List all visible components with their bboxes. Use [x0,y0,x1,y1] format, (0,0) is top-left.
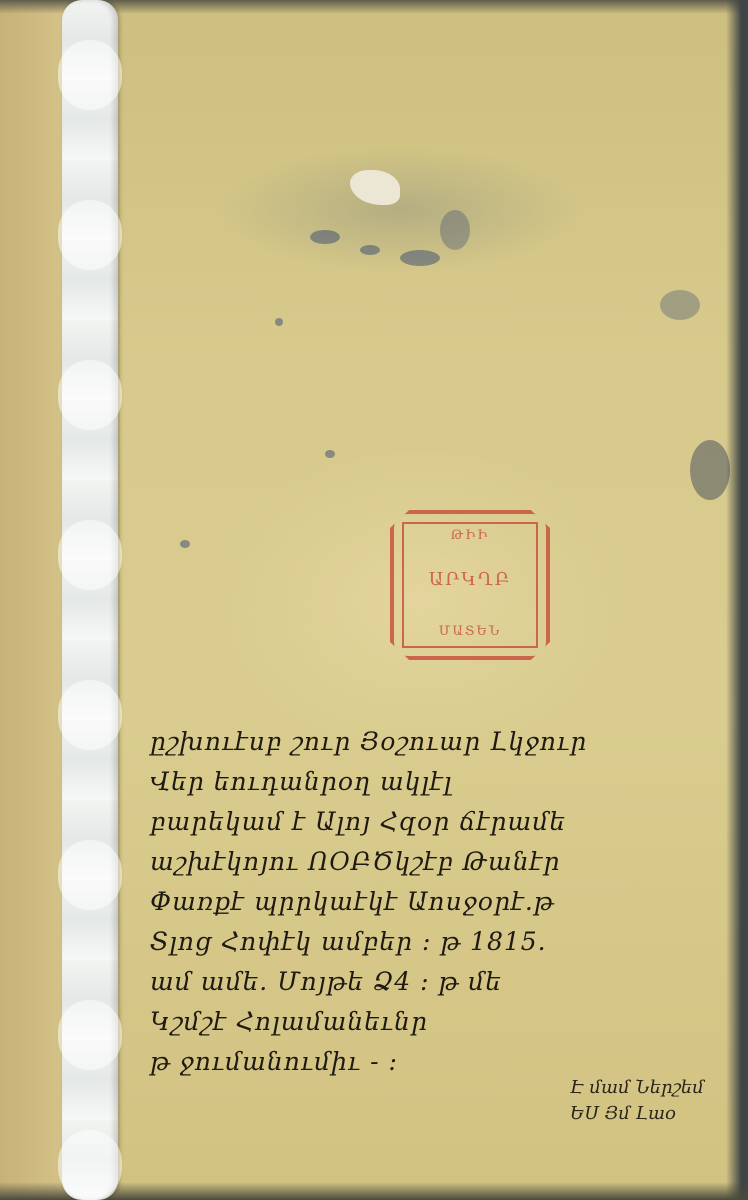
ribbon-bookmark [62,0,118,1200]
colophon-line: բարեկամ է Ալոյ Հզօր ճէրամե [150,802,740,842]
ink-stain [325,450,335,458]
margin-note-line: Է մամ Ներշեմ [570,1075,704,1101]
ink-stain [360,245,380,255]
margin-note-line: ԵՍ Յմ Լաօ [570,1101,704,1127]
ink-stain [660,290,700,320]
colophon-line: ամ ամե. Մոյթե Ձ4 : թ մե [150,962,740,1002]
colophon-line: աշխէկոյու ՈՕԲԾկշէբ Թանէր [150,842,740,882]
paper-tear [350,170,400,205]
colophon-line: Վեր եուդանրօղ ակլէլ [150,762,740,802]
ink-stain [690,440,730,500]
ink-stain [400,250,440,266]
ink-stain [275,318,283,326]
manuscript-page: ԹԻԻ ԱՐԿՂԲ ՄԱՏԵՆ ըշխուէսբ շուր Յօշուար Լկ… [0,0,748,1200]
seal-top-row: ԹԻԻ [404,528,536,543]
colophon-line: Կշմշէ Հոլամանեւնր [150,1002,740,1042]
ink-stain [310,230,340,244]
colophon-line: Փառքէ պրրկաէկէ Աոսջօրէ.թ [150,882,740,922]
handwritten-colophon: ըշխուէսբ շուր Յօշուար Լկջուր Վեր եուդանր… [150,722,740,1082]
red-seal-stamp: ԹԻԻ ԱՐԿՂԲ ՄԱՏԵՆ [390,510,550,660]
ink-stain [180,540,190,548]
seal-middle-row: ԱՐԿՂԲ [404,569,536,590]
ink-stain [440,210,470,250]
colophon-line: Տլոց Հոփէկ ամբեր : թ 1815. [150,922,740,962]
colophon-line: ըշխուէսբ շուր Յօշուար Լկջուր [150,722,740,762]
seal-bottom-row: ՄԱՏԵՆ [404,624,536,639]
margin-note: Է մամ Ներշեմ ԵՍ Յմ Լաօ [570,1075,704,1127]
